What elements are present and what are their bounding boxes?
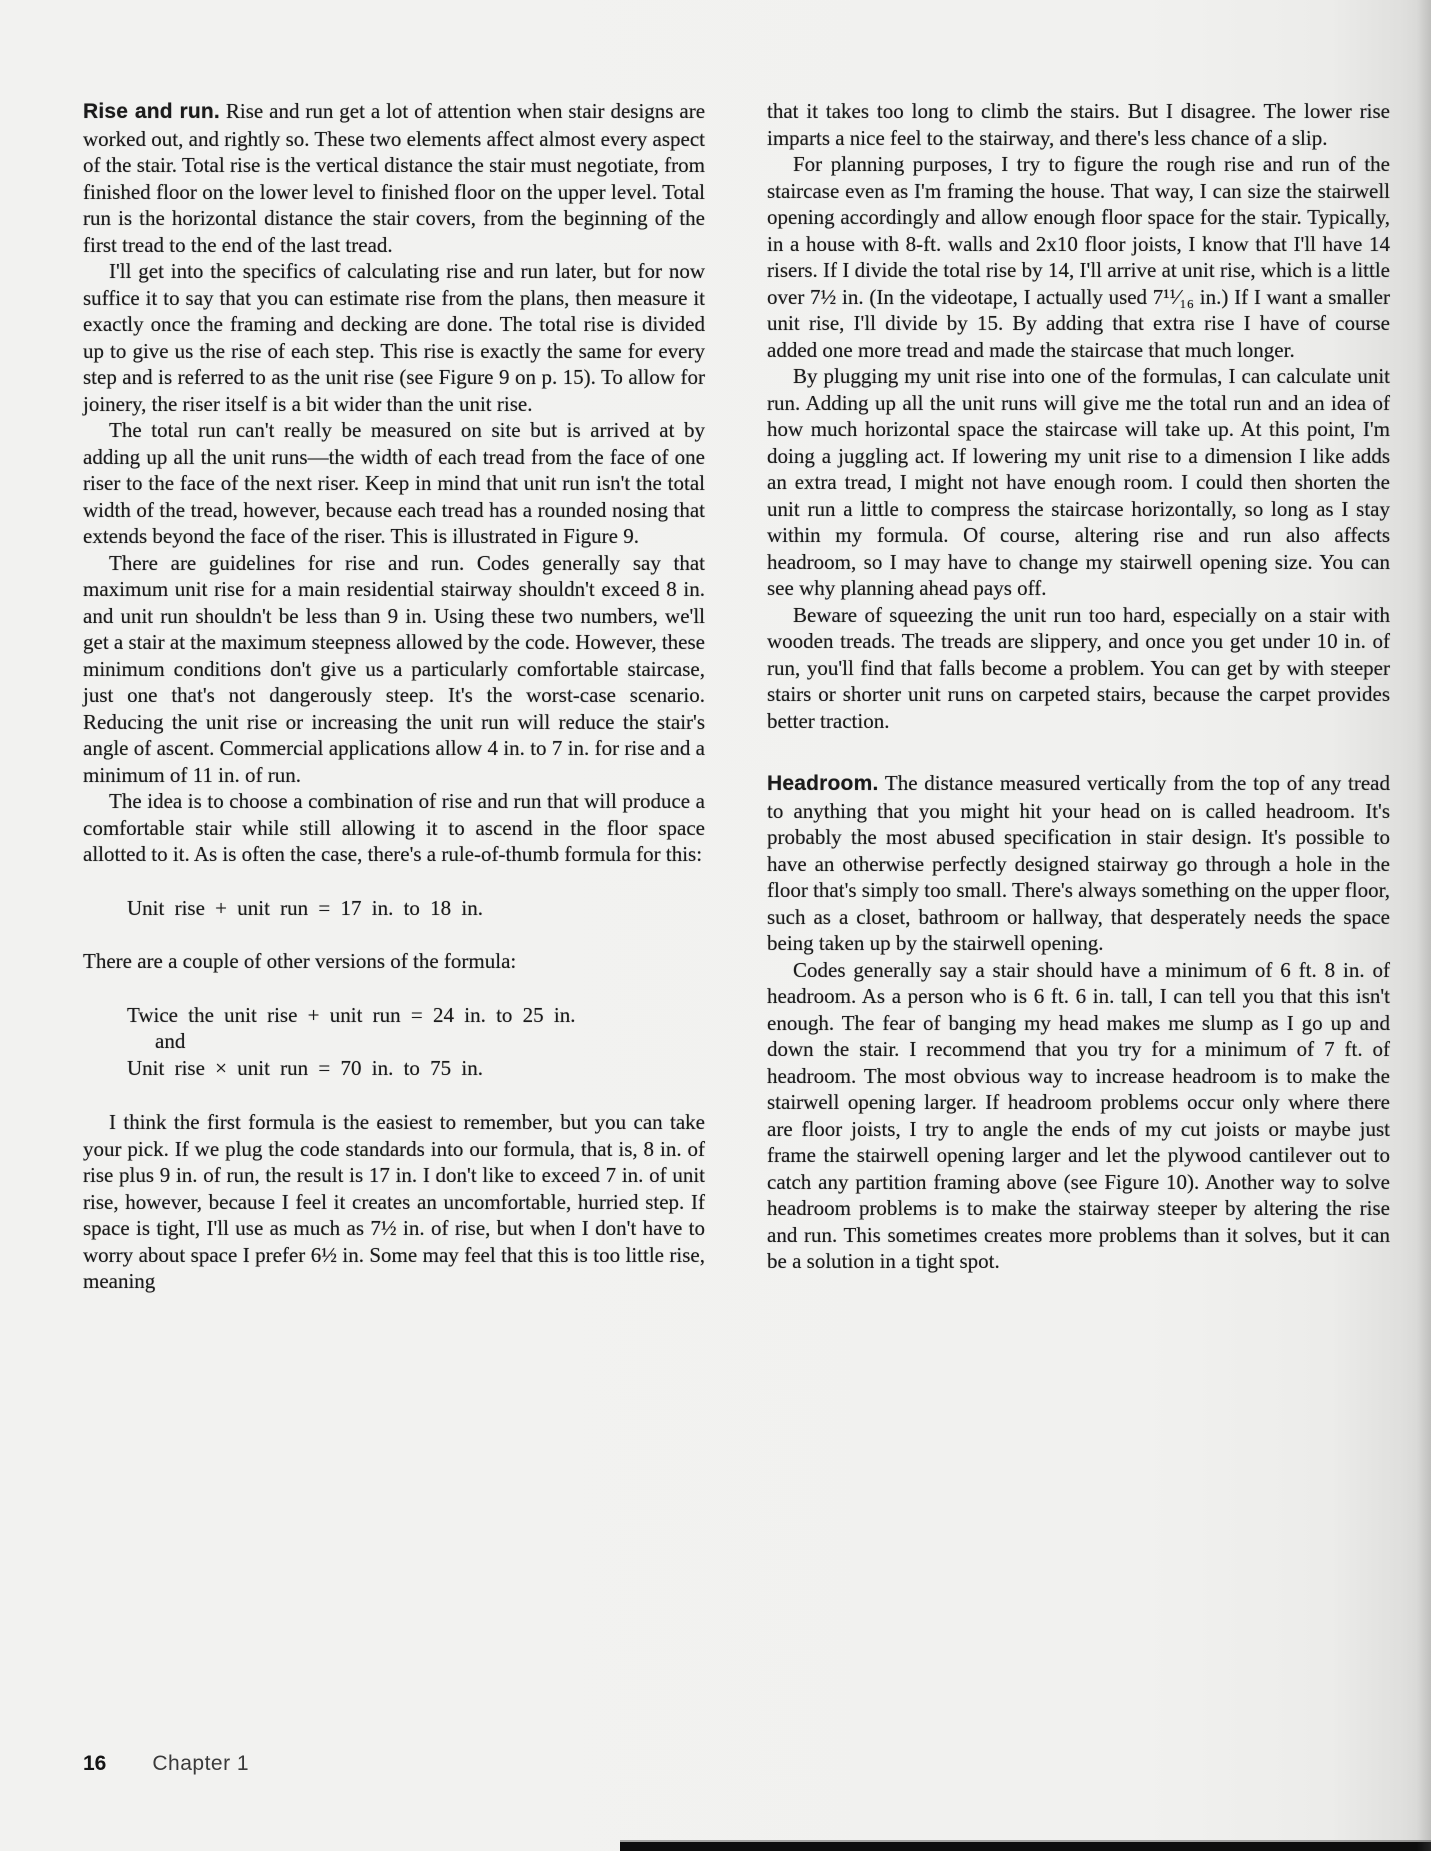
formula-block: Twice the unit rise + unit run = 24 in. … <box>83 1002 705 1082</box>
scan-edge-bar <box>620 1842 1431 1851</box>
paragraph: I'll get into the specifics of calculati… <box>83 258 705 417</box>
page-number: 16 <box>83 1752 106 1776</box>
formula-line: Twice the unit rise + unit run = 24 in. … <box>83 1002 705 1029</box>
book-page: Rise and run. Rise and run get a lot of … <box>0 0 1431 1851</box>
page-footer: 16 Chapter 1 <box>83 1752 249 1776</box>
paragraph: For planning purposes, I try to figure t… <box>767 151 1390 363</box>
formula-line: Unit rise + unit run = 17 in. to 18 in. <box>83 895 705 922</box>
paragraph-continuation: that it takes too long to climb the stai… <box>767 98 1390 151</box>
paragraph: By plugging my unit rise into one of the… <box>767 363 1390 602</box>
paragraph-text: The distance measured vertically from th… <box>767 771 1390 955</box>
formula-connector: and <box>83 1028 705 1055</box>
page-edge-shadow <box>1417 0 1431 1851</box>
left-column: Rise and run. Rise and run get a lot of … <box>83 98 705 1295</box>
paragraph: There are guidelines for rise and run. C… <box>83 550 705 789</box>
paragraph: The idea is to choose a combination of r… <box>83 788 705 868</box>
page-body: Rise and run. Rise and run get a lot of … <box>83 98 1390 1295</box>
chapter-label: Chapter 1 <box>152 1752 249 1776</box>
lead-in-rise-and-run: Rise and run. <box>83 100 220 123</box>
paragraph: The total run can't really be measured o… <box>83 417 705 550</box>
right-column: that it takes too long to climb the stai… <box>767 98 1390 1295</box>
paragraph: Codes generally say a stair should have … <box>767 957 1390 1275</box>
formula-line: Unit rise × unit run = 70 in. to 75 in. <box>83 1055 705 1082</box>
paragraph-rise-and-run: Rise and run. Rise and run get a lot of … <box>83 98 705 258</box>
paragraph: Beware of squeezing the unit run too har… <box>767 602 1390 735</box>
paragraph: I think the first formula is the easiest… <box>83 1109 705 1295</box>
lead-in-headroom: Headroom. <box>767 772 879 795</box>
paragraph: There are a couple of other versions of … <box>83 948 705 975</box>
paragraph-headroom: Headroom. The distance measured vertical… <box>767 770 1390 957</box>
